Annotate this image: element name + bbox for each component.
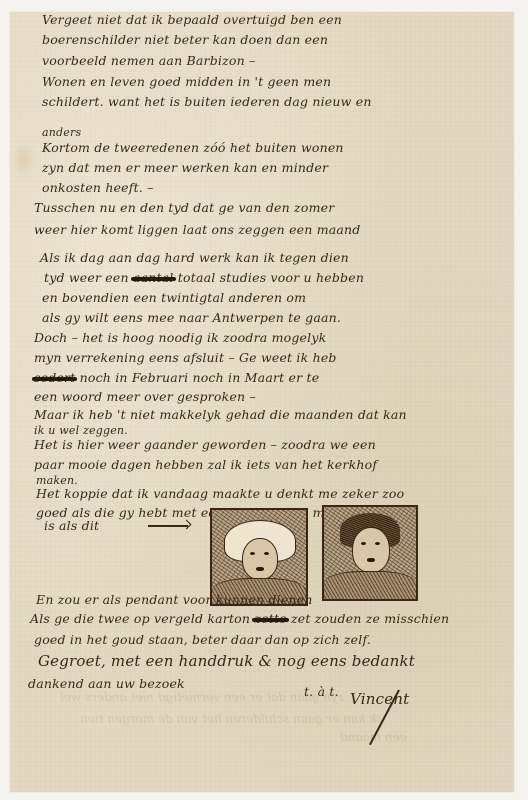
letter-page: zyn gaan dat er een vernietigd niet ande… (0, 0, 528, 800)
letter-line: Als ik dag aan dag hard werk kan ik tege… (40, 250, 349, 265)
letter-line: een woord meer over gesproken – (34, 389, 256, 404)
line-text: totaal studies voor u hebben (178, 270, 364, 285)
sketch-woman-dark-cap (322, 505, 418, 601)
letter-line: schildert. want het is buiten iederen da… (42, 94, 372, 109)
struck-word: sedert (34, 370, 75, 385)
letter-line: Vergeet niet dat ik bepaald overtuigd be… (42, 12, 342, 27)
letter-line: boerenschilder niet beter kan doen dan e… (42, 32, 328, 47)
letter-line: is als dit (44, 518, 99, 533)
mouth-shape (256, 567, 264, 571)
struck-word: zette (254, 611, 286, 626)
letter-line: Tusschen nu en den tyd dat ge van den zo… (34, 200, 334, 215)
signature-prefix: t. à t. (304, 684, 339, 699)
letter-line: dankend aan uw bezoek (28, 676, 185, 691)
shoulders-shape (324, 571, 416, 601)
letter-line: Kortom de tweeredenen zóó het buiten won… (42, 140, 344, 155)
letter-line: ik u wel zeggen. (34, 424, 128, 437)
letter-line: zyn dat men er meer werken kan en minder (42, 160, 328, 175)
eye-shape (375, 542, 380, 545)
letter-line: Doch – het is hoog noodig ik zoodra moge… (34, 330, 326, 345)
letter-line: en bovendien een twintigtal anderen om (42, 290, 306, 305)
letter-line: myn verrekening eens afsluit – Ge weet i… (34, 350, 337, 365)
eye-shape (361, 542, 366, 545)
letter-line: En zou er als pendant voor kunnen dienen (36, 592, 313, 607)
signature-name: Vincent (350, 690, 409, 708)
letter-line: goed in het goud staan, beter daar dan o… (34, 632, 371, 647)
letter-line: Het is hier weer gaander geworden – zood… (34, 437, 376, 452)
letter-line: sedert noch in Februari noch in Maart er… (34, 370, 319, 385)
face-shape (352, 527, 390, 573)
line-text: tyd weer een (44, 270, 129, 285)
paper-stain (12, 140, 36, 180)
letter-line: voorbeeld nemen aan Barbizon – (42, 53, 256, 68)
bleed-through-text: zyn gaan dat er een vernietigd niet ande… (60, 690, 344, 704)
letter-line: Wonen en leven goed midden in 't geen me… (42, 74, 331, 89)
arrow-right-icon (148, 525, 188, 527)
letter-line: paar mooie dagen hebben zal ik iets van … (34, 457, 377, 472)
letter-line: Het koppie dat ik vandaag maakte u denkt… (36, 486, 404, 501)
letter-line: tyd weer een aantal totaal studies voor … (44, 270, 364, 285)
letter-line: Als ge die twee op vergeld karton zette … (30, 611, 449, 626)
letter-line: onkosten heeft. – (42, 180, 154, 195)
letter-line: Maar ik heb 't niet makkelyk gehad die m… (34, 407, 407, 422)
letter-line: als gy wilt eens mee naar Antwerpen te g… (42, 310, 341, 325)
mouth-shape (367, 558, 375, 562)
line-text: Als ge die twee op vergeld karton (30, 611, 250, 626)
letter-line: anders (42, 126, 81, 139)
eye-shape (264, 552, 269, 555)
letter-line: Gegroet, met een handdruk & nog eens bed… (38, 652, 415, 670)
letter-line: weer hier komt liggen laat ons zeggen ee… (34, 222, 361, 237)
bleed-through-text: ik kan er gaan schilderen het van de mor… (80, 712, 380, 726)
struck-word: aantal (133, 270, 174, 285)
line-text: zet zouden ze misschien (291, 611, 449, 626)
line-text: noch in Februari noch in Maart er te (80, 370, 320, 385)
eye-shape (250, 552, 255, 555)
face-shape (242, 538, 278, 580)
